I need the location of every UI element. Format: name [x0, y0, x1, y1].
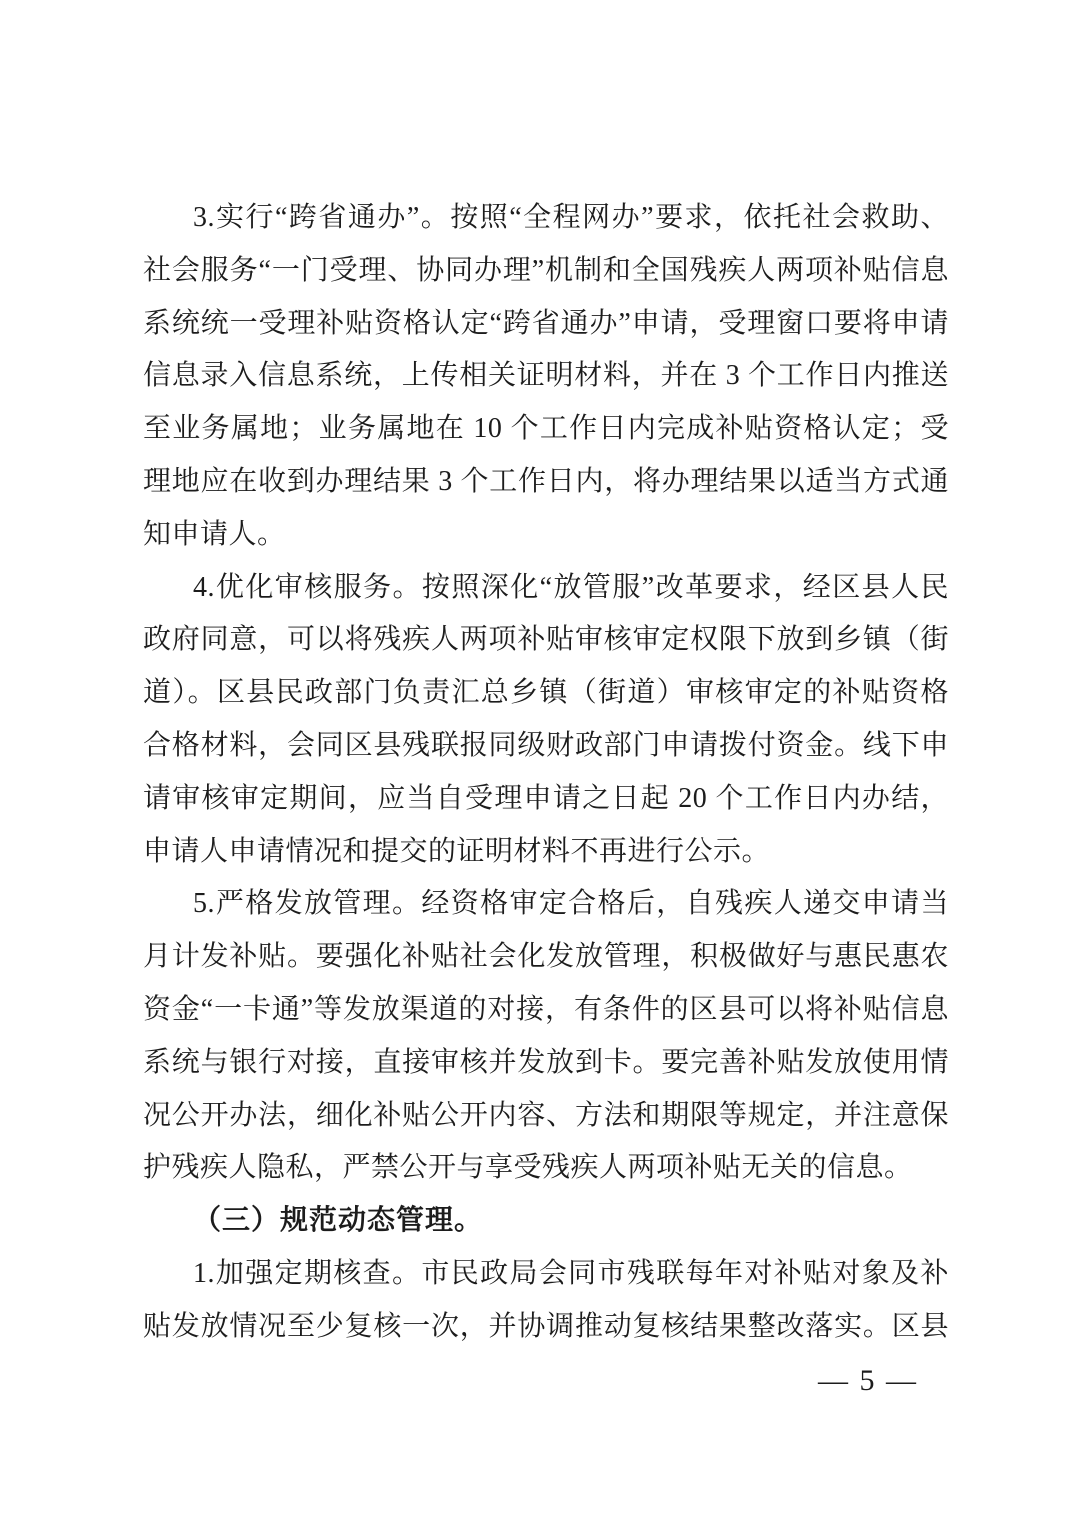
- document-page: 3.实行“跨省通办”。按照“全程网办”要求，依托社会救助、社会服务“一门受理、协…: [0, 0, 1074, 1520]
- text-line: 系统与银行对接，直接审核并发放到卡。要完善补贴发放使用情: [143, 1037, 949, 1090]
- text-line: 理地应在收到办理结果 3 个工作日内，将办理结果以适当方式通: [143, 456, 949, 509]
- text-line: 1.加强定期核查。市民政局会同市残联每年对补贴对象及补: [143, 1248, 949, 1301]
- paragraph: 1.加强定期核查。市民政局会同市残联每年对补贴对象及补贴发放情况至少复核一次，并…: [143, 1248, 949, 1354]
- text-line: 至业务属地；业务属地在 10 个工作日内完成补贴资格认定；受: [143, 403, 949, 456]
- text-line: 月计发补贴。要强化补贴社会化发放管理，积极做好与惠民惠农: [143, 931, 949, 984]
- text-line: 道）。区县民政部门负责汇总乡镇（街道）审核审定的补贴资格: [143, 667, 949, 720]
- text-line: 3.实行“跨省通办”。按照“全程网办”要求，依托社会救助、: [143, 192, 949, 245]
- paragraph: 5.严格发放管理。经资格审定合格后，自残疾人递交申请当月计发补贴。要强化补贴社会…: [143, 878, 949, 1195]
- page-number: — 5 —: [818, 1363, 918, 1399]
- text-line: 况公开办法，细化补贴公开内容、方法和期限等规定，并注意保: [143, 1090, 949, 1143]
- text-line: 信息录入信息系统，上传相关证明材料，并在 3 个工作日内推送: [143, 350, 949, 403]
- text-line: 5.严格发放管理。经资格审定合格后，自残疾人递交申请当: [143, 878, 949, 931]
- paragraph: 3.实行“跨省通办”。按照“全程网办”要求，依托社会救助、社会服务“一门受理、协…: [143, 192, 949, 562]
- text-line: 知申请人。: [143, 509, 949, 562]
- text-line: 合格材料，会同区县残联报同级财政部门申请拨付资金。线下申: [143, 720, 949, 773]
- text-line: 请审核审定期间，应当自受理申请之日起 20 个工作日内办结，: [143, 773, 949, 826]
- paragraph: 4.优化审核服务。按照深化“放管服”改革要求，经区县人民政府同意，可以将残疾人两…: [143, 562, 949, 879]
- text-line: 申请人申请情况和提交的证明材料不再进行公示。: [143, 826, 949, 879]
- text-line: 护残疾人隐私，严禁公开与享受残疾人两项补贴无关的信息。: [143, 1142, 949, 1195]
- text-line: 社会服务“一门受理、协同办理”机制和全国残疾人两项补贴信息: [143, 245, 949, 298]
- document-body: 3.实行“跨省通办”。按照“全程网办”要求，依托社会救助、社会服务“一门受理、协…: [143, 192, 949, 1354]
- text-line: 资金“一卡通”等发放渠道的对接，有条件的区县可以将补贴信息: [143, 984, 949, 1037]
- text-line: 贴发放情况至少复核一次，并协调推动复核结果整改落实。区县: [143, 1301, 949, 1354]
- section-heading: （三）规范动态管理。: [143, 1195, 949, 1248]
- text-line: 4.优化审核服务。按照深化“放管服”改革要求，经区县人民: [143, 562, 949, 615]
- text-line: 政府同意，可以将残疾人两项补贴审核审定权限下放到乡镇（街: [143, 614, 949, 667]
- text-line: （三）规范动态管理。: [143, 1195, 949, 1248]
- text-line: 系统统一受理补贴资格认定“跨省通办”申请，受理窗口要将申请: [143, 298, 949, 351]
